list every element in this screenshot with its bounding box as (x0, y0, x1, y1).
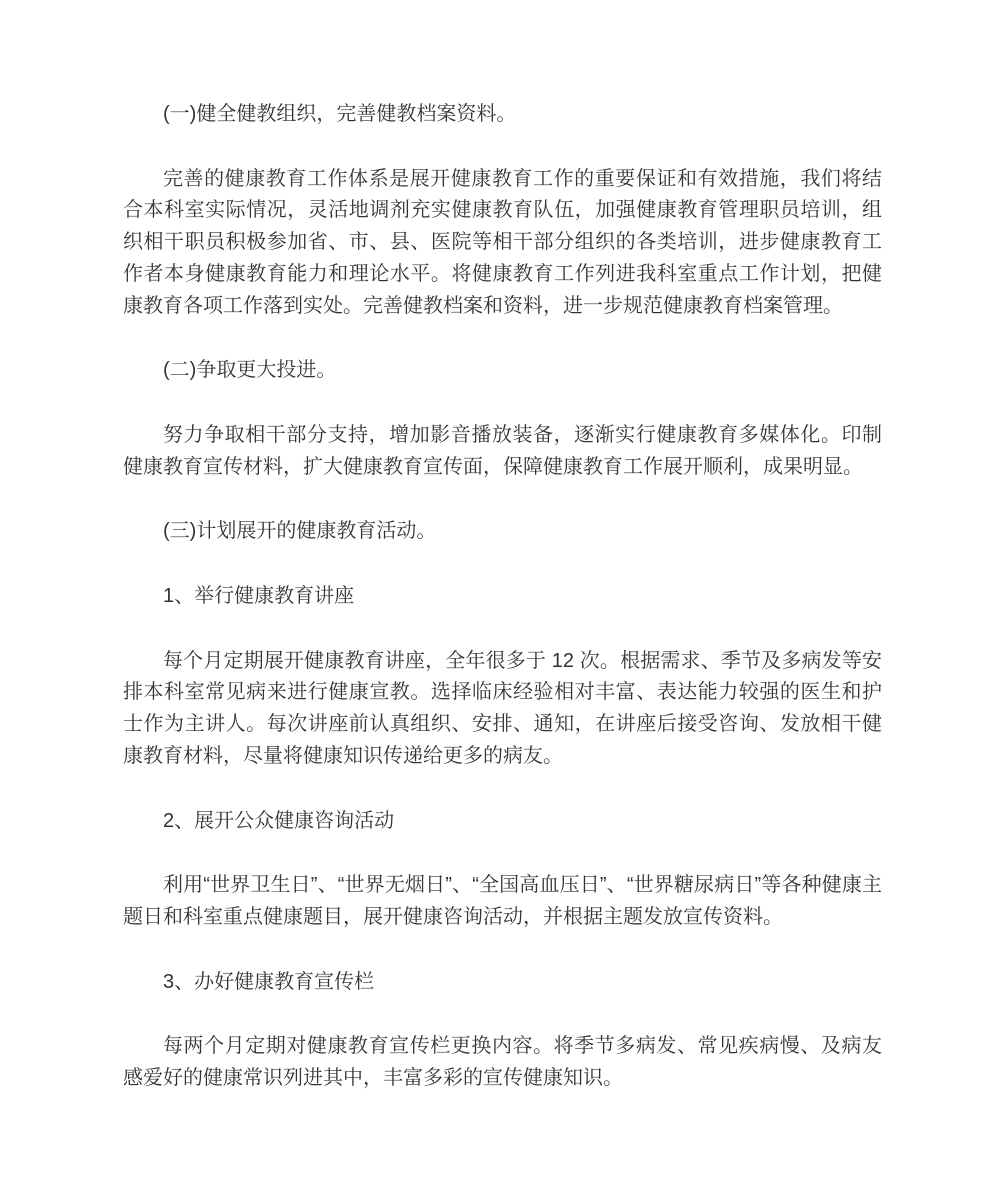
list-item-heading-2: 2、展开公众健康咨询活动 (123, 806, 882, 838)
paragraph-section-2-body: 努力争取相干部分支持，增加影音播放装备，逐渐实行健康教育多媒体化。印制健康教育宣… (123, 420, 882, 483)
document-page: (一)健全健教组织，完善健教档案资料。 完善的健康教育工作体系是展开健康教育工作… (0, 0, 1000, 1188)
paragraph-list-item-3-body: 每两个月定期对健康教育宣传栏更换内容。将季节多病发、常见疾病慢、及病友感爱好的健… (123, 1031, 882, 1094)
list-item-heading-1: 1、举行健康教育讲座 (123, 581, 882, 613)
section-heading-1: (一)健全健教组织，完善健教档案资料。 (123, 99, 882, 131)
section-heading-2: (二)争取更大投进。 (123, 355, 882, 387)
list-item-heading-3: 3、办好健康教育宣传栏 (123, 967, 882, 999)
paragraph-list-item-1-body: 每个月定期展开健康教育讲座，全年很多于 12 次。根据需求、季节及多病发等安排本… (123, 646, 882, 773)
section-heading-3: (三)计划展开的健康教育活动。 (123, 516, 882, 548)
paragraph-list-item-2-body: 利用“世界卫生日”、“世界无烟日”、“全国高血压日”、“世界糖尿病日”等各种健康… (123, 870, 882, 933)
paragraph-section-1-body: 完善的健康教育工作体系是展开健康教育工作的重要保证和有效措施，我们将结合本科室实… (123, 164, 882, 323)
